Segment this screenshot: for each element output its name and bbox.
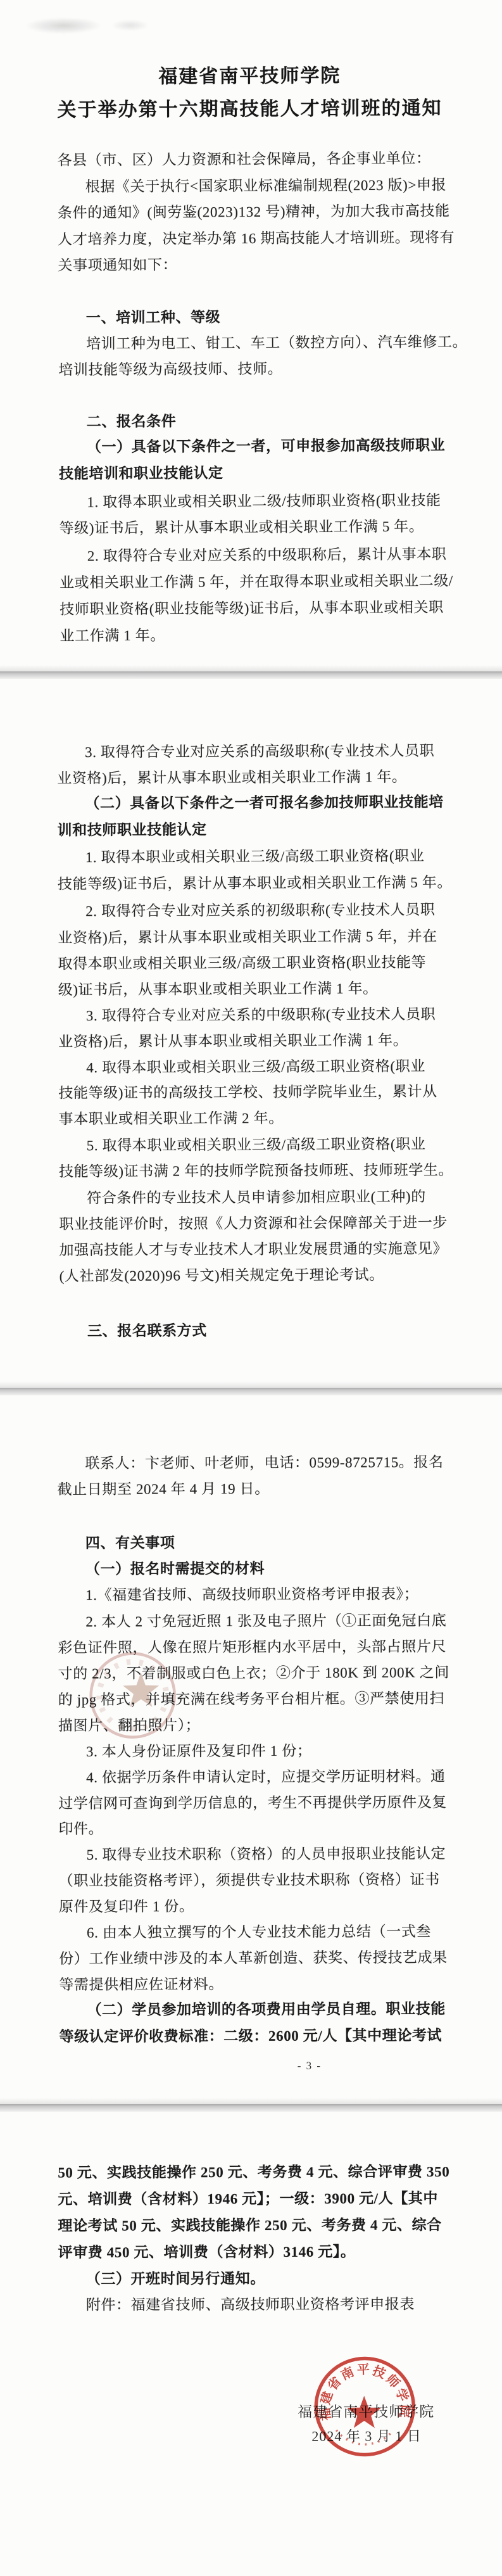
subsection-heading: （二）具备以下条件之一者可报名参加技师职业技能培 [85,793,444,813]
body-line: 4. 取得本职业或相关职业三级/高级工职业资格(职业 [86,1057,425,1077]
body-line: 业资格)后，累计从事本职业或相关职业工作满 1 年。 [58,1031,408,1051]
subsection-heading: （二）学员参加培训的各项费用由学员自理。职业技能 [87,2000,446,2020]
body-line: 联系人：卞老师、叶老师，电话：0599-8725715。报名 [85,1453,443,1473]
body-line: 4. 依据学历条件申请认定时，应提交学历证明材料。通 [86,1767,446,1787]
body-line: （职业技能资格考评），须提供专业技术职称（资格）证书 [59,1870,440,1891]
body-line: 技能等级)证书后，累计从事本职业或相关职业工作满 5 年。 [58,873,452,894]
body-line: 职业技能评价时，按照《人力资源和社会保障部关于进一步 [59,1214,448,1234]
scanned-notice-document: 福建省南平技师学院 关于举办第十六期高技能人才培训班的通知 各县（市、区）人力资… [0,0,502,2576]
body-line: 元、培训费（含材料）1946 元】；一级：3900 元/人【其中 [58,2189,438,2209]
body-line: 等级)证书后，累计从事本职业或相关职业工作满 5 年。 [60,517,424,538]
body-line: 根据《关于执行<国家职业标准编制规程(2023 版)>申报 [85,175,447,196]
body-line: 理论考试 50 元、实践技能操作 250 元、考务费 4 元、综合 [58,2216,441,2235]
subsection-heading: （一）报名时需提交的材料 [85,1559,265,1579]
section-heading: 一、培训工种、等级 [86,308,221,327]
body-line: 评审费 450 元、培训费（含材料）3146 元】。 [58,2243,356,2262]
body-line: 3. 取得符合专业对应关系的高级职称(专业技术人员职 [85,742,434,762]
body-line: 等级认定评价收费标准：二级：2600 元/人【其中理论考试 [60,2026,442,2046]
body-line: 业或相关职业工作满 5 年，并在取得本职业或相关职业二级/ [60,571,453,592]
document-title-line1: 福建省南平技师学院 [0,59,501,89]
body-line: 取得本职业或相关职业三级/高级工职业资格(职业技能等 [58,953,426,974]
body-line: 各县（市、区）人力资源和社会保障局，各企事业单位： [57,149,430,170]
body-line: 关事项通知如下： [58,256,177,276]
body-line: 1. 取得本职业或相关职业三级/高级工职业资格(职业 [85,847,425,867]
body-line: 过学信网可查询到学历信息的，考生不再提供学历原件及复 [58,1793,447,1813]
body-line: (人社部发(2020)96 号文)相关规定免于理论考试。 [60,1266,384,1286]
body-line: 描图片、翻拍照片）； [58,1716,201,1735]
body-line: 份）工作业绩中涉及的本人革新创造、获奖、传授技艺成果 [59,1948,448,1969]
body-line: 彩色证件照，人像在照片矩形框内水平居中，头部占照片尺 [58,1637,446,1658]
body-line: 的 jpg 格式，并填充满在线考务平台相片框。③严禁使用扫 [58,1689,444,1710]
official-seal: 福建省南平技师学院 [311,2352,418,2460]
body-line: 人才培养力度，决定举办第 16 期高技能人才培训班。现将有 [58,228,455,249]
scan-artifact [25,17,102,34]
page-3: 联系人：卞老师、叶老师，电话：0599-8725715。报名 截止日期至 202… [0,1395,502,2105]
body-line: 加强高技能人才与专业技术人才职业发展贯通的实施意见》 [59,1240,448,1260]
body-line: 3. 本人身份证原件及复印件 1 份； [86,1742,312,1761]
body-line: 业资格)后，累计从事本职业或相关职业工作满 1 年。 [57,768,406,788]
body-line: 等需提供相应佐证材料。 [59,1975,223,1995]
section-heading: 三、报名联系方式 [87,1321,207,1341]
document-title-line2: 关于举办第十六期高技能人才培训班的通知 [0,92,501,122]
body-line: 级)证书后，从事本职业或相关职业工作满 1 年。 [58,979,378,999]
body-line: 技能等级)证书满 2 年的技师学院预备技师班、技师班学生。 [59,1161,453,1182]
page-4: 50 元、实践技能操作 250 元、考务费 4 元、综合评审费 350 元、培训… [0,2110,502,2576]
body-line: 印件。 [58,1820,103,1839]
body-line: 2. 取得符合专业对应关系的中级职称后，累计从事本职 [87,545,447,566]
section-heading: 二、报名条件 [87,412,177,432]
body-line: 培训工种为电工、钳工、车工（数控方向）、汽车维修工。 [86,333,467,353]
body-line: 截止日期至 2024 年 4 月 19 日。 [58,1480,270,1499]
page-2: 3. 取得符合专业对应关系的高级职称(专业技术人员职 业资格)后，累计从事本职业… [0,678,502,1388]
body-line: 技师职业资格(职业技能等级)证书后，从事本职业或相关职 [60,598,444,619]
body-line: 培训技能等级为高级技师、技师。 [58,360,282,380]
body-line: 1.《福建省技师、高级技师职业资格考评申报表》； [85,1585,418,1605]
body-line: 原件及复印件 1 份。 [59,1897,194,1917]
body-line: 5. 取得本职业或相关职业三级/高级工职业资格(职业 [87,1135,426,1155]
body-line: 2. 取得符合专业对应关系的初级职称(专业技术人员职 [85,901,435,921]
body-line: 6. 由本人独立撰写的个人专业技术能力总结（一式叁 [87,1922,431,1943]
body-line: 业工作满 1 年。 [60,626,165,646]
subsection-heading: 训和技师职业技能认定 [58,820,207,840]
subsection-heading: （三）开班时间另行通知。 [86,2269,265,2289]
body-line: 1. 取得本职业或相关职业二级/技师职业资格(职业技能 [87,491,441,512]
body-line: 2. 本人 2 寸免冠近照 1 张及电子照片（①正面免冠白底 [85,1611,446,1632]
body-line: 50 元、实践技能操作 250 元、考务费 4 元、综合评审费 350 [58,2162,449,2183]
body-line: 5. 取得专业技术职称（资格）的人员申报职业技能认定 [87,1844,446,1865]
body-line: 符合条件的专业技术人员申请参加相应职业(工种)的 [87,1188,426,1208]
subsection-heading: 技能培训和职业技能认定 [59,464,223,483]
body-line: 3. 取得符合专业对应关系的中级职称(专业技术人员职 [86,1005,436,1025]
body-line: 寸的 2/3，不着制服或白色上衣；②介于 180K 到 200K 之间 [58,1663,449,1684]
body-line: 业资格)后，累计从事本职业或相关职业工作满 5 年，并在 [58,927,437,948]
subsection-heading: （一）具备以下条件之一者，可申报参加高级技师职业 [87,436,446,457]
body-line: 事本职业或相关职业工作满 2 年。 [59,1109,284,1129]
body-line: 技能等级)证书的高级技工学校、技师学院毕业生，累计从 [58,1082,437,1103]
body-line: 条件的通知》(闽劳鉴(2023)132 号)精神，为加大我市高技能 [58,201,450,222]
scan-artifact [111,20,149,31]
seal-star-icon [348,2395,381,2428]
section-heading: 四、有关事项 [85,1533,175,1552]
page-number: - 3 - [298,2060,322,2072]
seal-bottom-marks [336,2430,393,2444]
page-1: 福建省南平技师学院 关于举办第十六期高技能人才培训班的通知 各县（市、区）人力资… [0,0,502,673]
attachment-line: 附件：福建省技师、高级技师职业资格考评申报表 [86,2295,415,2314]
